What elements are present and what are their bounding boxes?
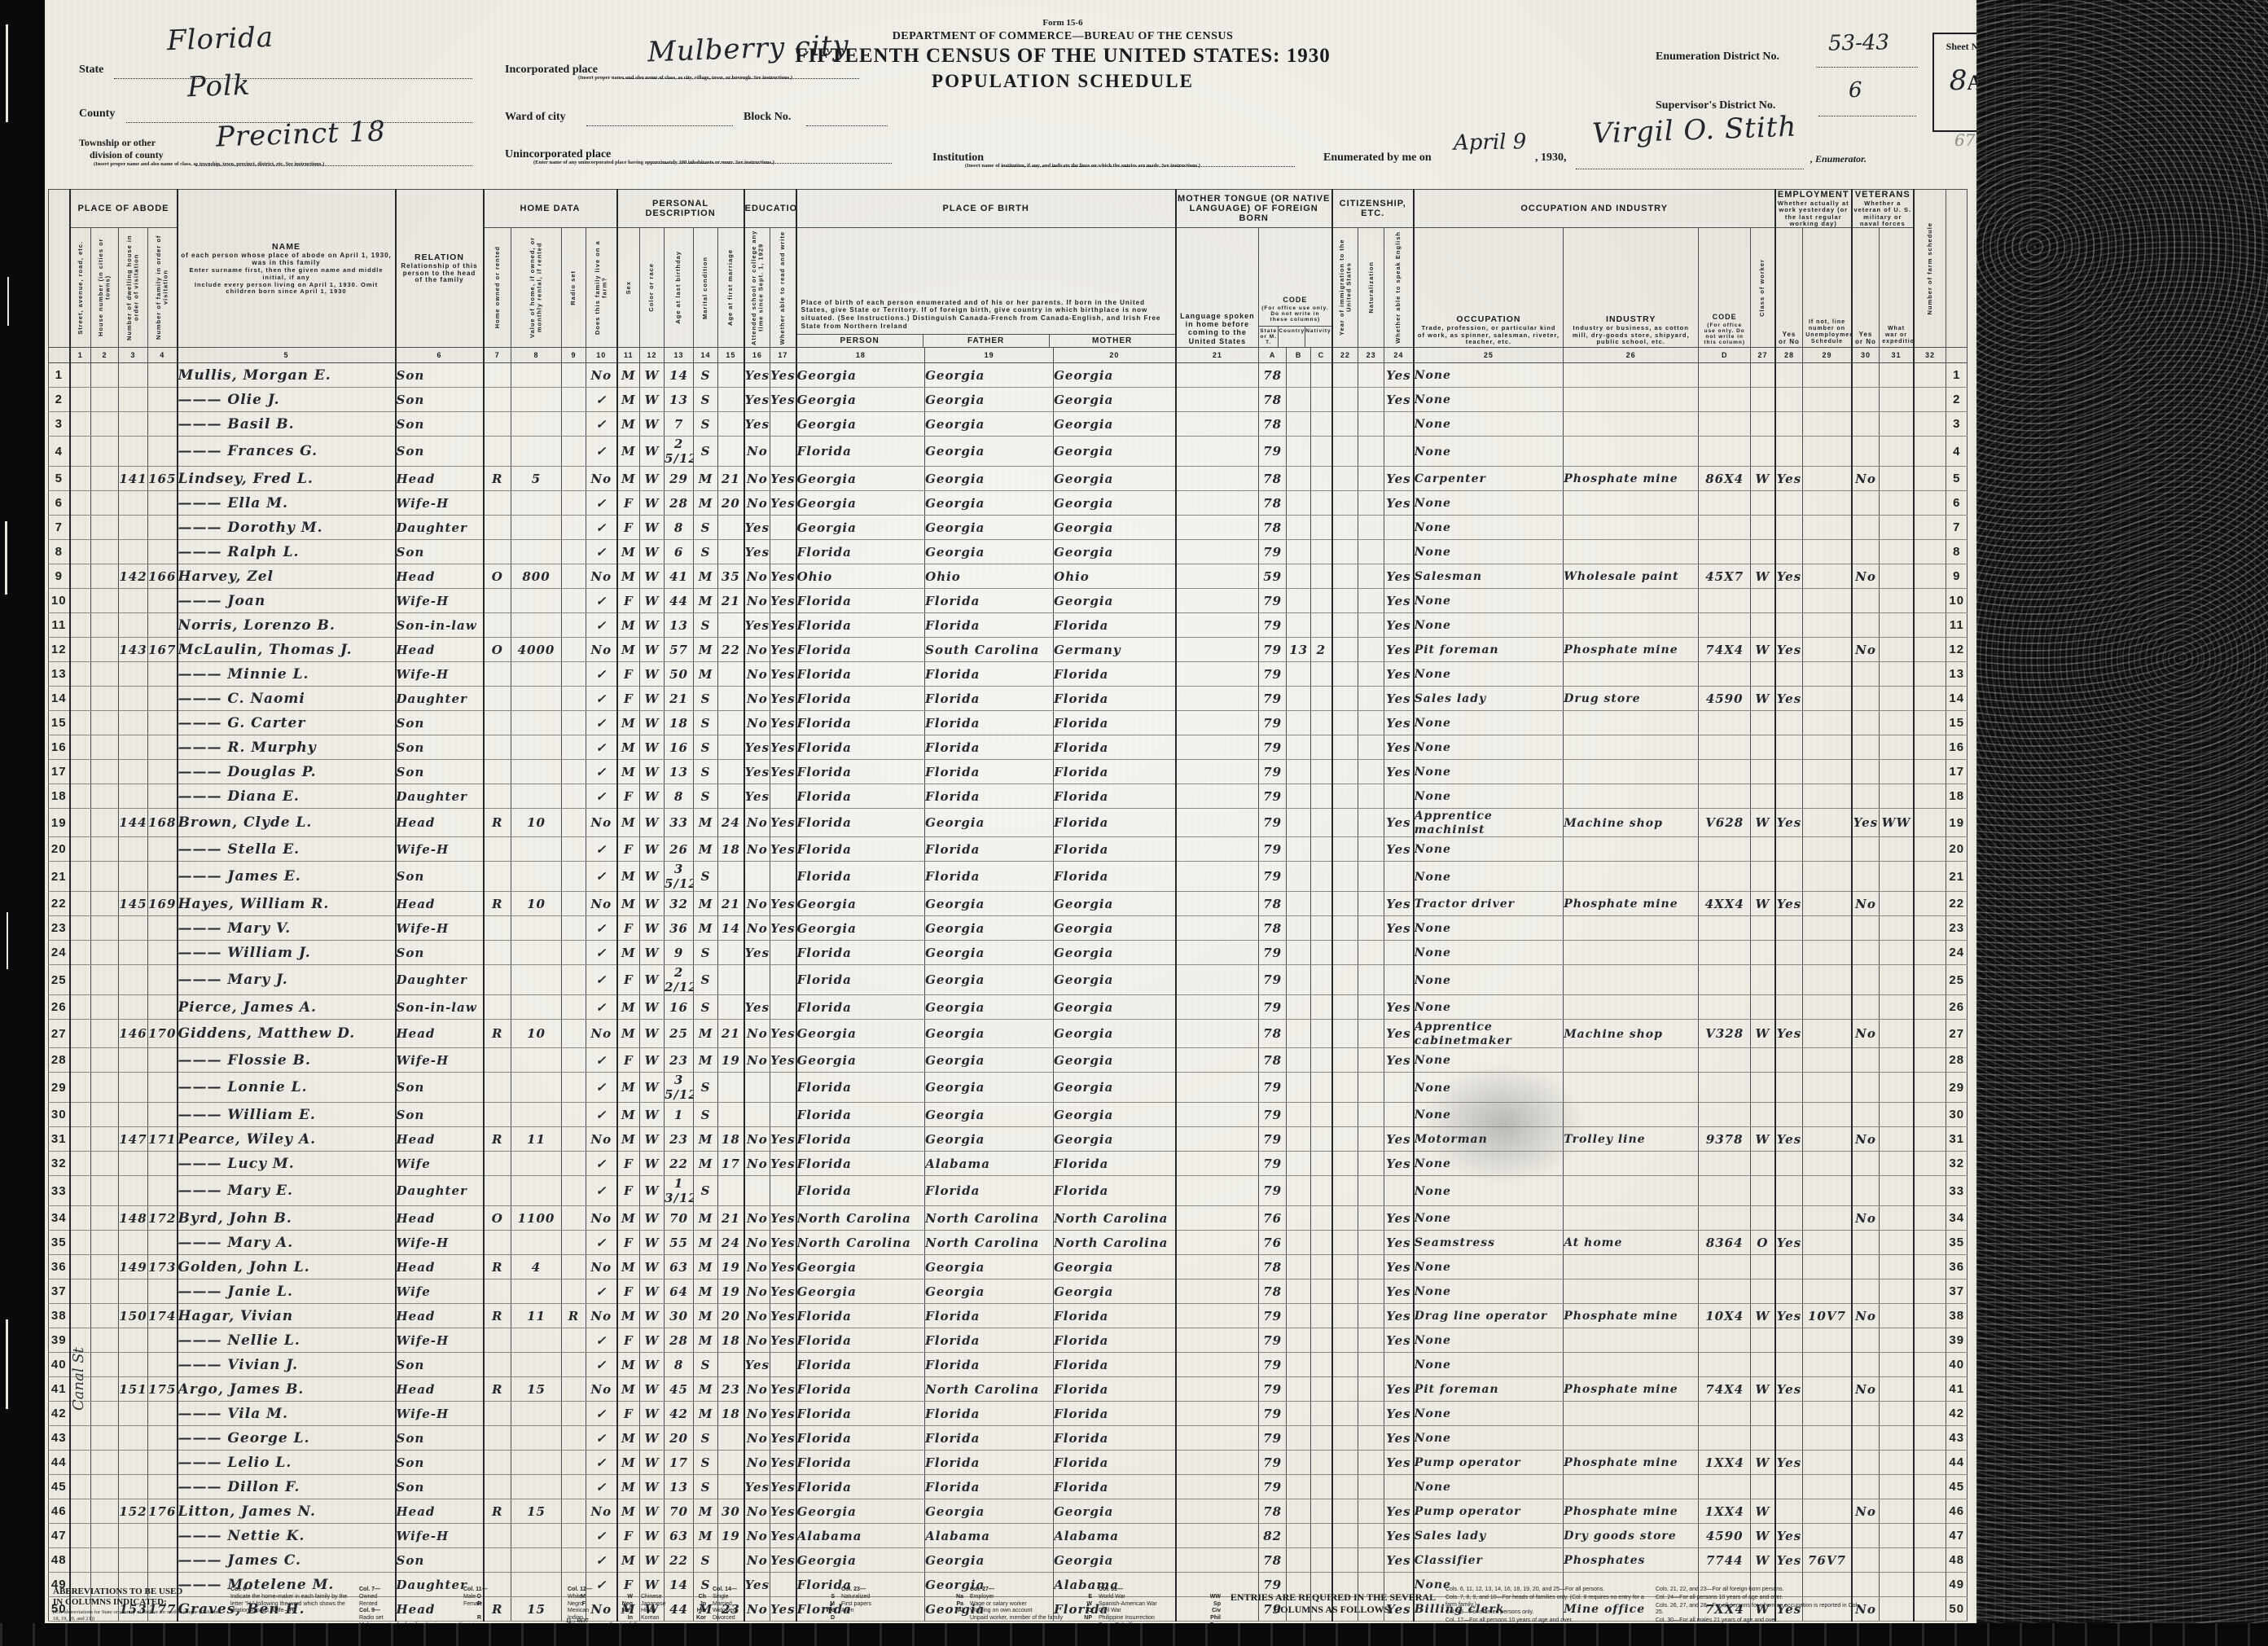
cell-occ: Carpenter [1414, 467, 1564, 491]
cell-bp: Georgia [796, 412, 925, 437]
township-note: (Insert proper name and also name of cla… [94, 161, 324, 167]
cell-radio [562, 1103, 586, 1127]
line-number: 46 [1946, 1499, 1968, 1524]
line-number: 15 [49, 711, 70, 735]
cell-lang [1176, 1231, 1259, 1255]
cell-age: 64 [665, 1279, 694, 1304]
line-number: 4 [49, 437, 70, 467]
cell-cls: W [1751, 1524, 1775, 1548]
cell-fm: 165 [148, 467, 178, 491]
line-number: 33 [1946, 1176, 1968, 1206]
cell-cls: W [1751, 1020, 1775, 1048]
cell-age: 8 [665, 516, 694, 540]
cell-ind [1564, 916, 1699, 941]
cell-street [70, 516, 91, 540]
col-number-32: 32 [1914, 348, 1946, 363]
cell-occ: None [1414, 540, 1564, 564]
cell-bp: Florida [796, 437, 925, 467]
cell-cd [1699, 388, 1751, 412]
cell-bf: Georgia [925, 941, 1054, 965]
cell-agm [718, 941, 744, 965]
cell-fm [148, 965, 178, 995]
cell-mar: M [694, 662, 718, 687]
cell-val [511, 516, 562, 540]
cell-v30 [1852, 491, 1880, 516]
table-row: 45——— Dillon F.Son✓MW13SYesYesFloridaFlo… [49, 1475, 1968, 1499]
cell-house [91, 1328, 119, 1353]
cell-e28 [1775, 1206, 1803, 1231]
cell-own [484, 1451, 511, 1475]
cell-v30 [1852, 613, 1880, 638]
cell-val: 800 [511, 564, 562, 589]
cell-bm: Florida [1054, 662, 1176, 687]
line-number: 19 [49, 809, 70, 837]
cell-own [484, 540, 511, 564]
cell-age: 22 [665, 1548, 694, 1573]
cell-bp: North Carolina [796, 1231, 925, 1255]
cell-cd [1699, 965, 1751, 995]
cell-cd [1699, 1073, 1751, 1103]
cell-own: R [484, 1377, 511, 1402]
cell-eng: Yes [1384, 1402, 1414, 1426]
cell-f32 [1914, 1255, 1946, 1279]
cell-occ: None [1414, 437, 1564, 467]
cell-cd [1699, 916, 1751, 941]
cell-agm: 20 [718, 491, 744, 516]
cell-ind [1564, 1426, 1699, 1451]
cell-rd: Yes [770, 1279, 796, 1304]
cell-lang [1176, 1020, 1259, 1048]
cell-occ: None [1414, 1152, 1564, 1176]
cell-cb [1287, 1103, 1311, 1127]
group-employment: EMPLOYMENTWhether actually at work yeste… [1775, 190, 1852, 228]
line-number: 45 [1946, 1475, 1968, 1499]
cell-dw: 142 [119, 564, 148, 589]
cell-v31 [1880, 1304, 1914, 1328]
cell-f32 [1914, 1451, 1946, 1475]
cell-sex: M [617, 1304, 640, 1328]
cell-farm: ✓ [586, 1451, 617, 1475]
cell-bm: Florida [1054, 1475, 1176, 1499]
cell-e29 [1803, 1524, 1852, 1548]
col-number-16: 16 [744, 348, 770, 363]
cell-sch: Yes [744, 388, 770, 412]
cell-age: 57 [665, 638, 694, 662]
table-row: 19144168Brown, Clyde L.HeadR10NoMW33M24N… [49, 809, 1968, 837]
cell-bf: Ohio [925, 564, 1054, 589]
cell-v31 [1880, 1377, 1914, 1402]
cell-f32 [1914, 1524, 1946, 1548]
cell-dw [119, 735, 148, 760]
cell-bm: Georgia [1054, 941, 1176, 965]
cell-mar: S [694, 1353, 718, 1377]
cell-e29 [1803, 662, 1852, 687]
cell-f32 [1914, 564, 1946, 589]
enumeration-district-label: Enumeration District No. [1656, 50, 1779, 64]
cell-val [511, 1048, 562, 1073]
cell-nat [1358, 638, 1384, 662]
col-number-31: 31 [1880, 348, 1914, 363]
cell-cc [1311, 995, 1332, 1020]
cell-v31 [1880, 837, 1914, 862]
cell-cls [1751, 1152, 1775, 1176]
cell-occ: Motorman [1414, 1127, 1564, 1152]
group-mother-tongue: MOTHER TONGUE (OR NATIVE LANGUAGE) OF FO… [1176, 190, 1332, 228]
cell-ind: Phosphate mine [1564, 1499, 1699, 1524]
cell-lang [1176, 1304, 1259, 1328]
cell-v30 [1852, 662, 1880, 687]
cell-nat [1358, 1377, 1384, 1402]
cell-street [70, 892, 91, 916]
cell-fm: 176 [148, 1499, 178, 1524]
cell-eng: Yes [1384, 363, 1414, 388]
cell-bp: Georgia [796, 467, 925, 491]
cell-eng: Yes [1384, 1499, 1414, 1524]
street-name-vertical: Canal St [66, 1244, 90, 1513]
film-edge-bottom [0, 1623, 2268, 1646]
cell-mar: S [694, 540, 718, 564]
cell-street [70, 1048, 91, 1073]
line-number: 5 [49, 467, 70, 491]
cell-e28: Yes [1775, 638, 1803, 662]
cell-rd [770, 995, 796, 1020]
line-number: 21 [1946, 862, 1968, 892]
cell-nat [1358, 1475, 1384, 1499]
col-number-25: 25 [1414, 348, 1564, 363]
cell-bf: Georgia [925, 809, 1054, 837]
cell-lang [1176, 1402, 1259, 1426]
cell-cb: 13 [1287, 638, 1311, 662]
cell-f32 [1914, 1475, 1946, 1499]
cell-v30 [1852, 1426, 1880, 1451]
cell-cd [1699, 662, 1751, 687]
cell-mar: M [694, 1231, 718, 1255]
cell-e29 [1803, 1176, 1852, 1206]
cell-v31 [1880, 1206, 1914, 1231]
cell-f32 [1914, 412, 1946, 437]
cell-val [511, 613, 562, 638]
table-row: 13——— Minnie L.Wife-H✓FW50MNoYesFloridaF… [49, 662, 1968, 687]
cell-own [484, 711, 511, 735]
cell-bm: Alabama [1054, 1524, 1176, 1548]
cell-house [91, 540, 119, 564]
cell-name: ——— Vila M. [178, 1402, 396, 1426]
cell-rel: Wife [396, 1279, 484, 1304]
enumerated-by-label: Enumerated by me on [1323, 151, 1432, 165]
cell-cb [1287, 613, 1311, 638]
cell-cc [1311, 662, 1332, 687]
cell-occ: Apprentice cabinetmaker [1414, 1020, 1564, 1048]
cell-occ: None [1414, 363, 1564, 388]
cell-agm [718, 1073, 744, 1103]
cell-age: 32 [665, 892, 694, 916]
cell-radio [562, 1152, 586, 1176]
cell-f32 [1914, 1206, 1946, 1231]
cell-rel: Head [396, 467, 484, 491]
cell-own [484, 995, 511, 1020]
cell-bm: Florida [1054, 837, 1176, 862]
cell-e29 [1803, 760, 1852, 784]
cell-col: W [640, 1231, 665, 1255]
cell-agm: 18 [718, 1402, 744, 1426]
cell-agm [718, 995, 744, 1020]
cell-name: ——— Diana E. [178, 784, 396, 809]
cell-ind [1564, 1475, 1699, 1499]
cell-col: W [640, 1103, 665, 1127]
cell-col: W [640, 589, 665, 613]
cell-cls [1751, 760, 1775, 784]
cell-occ: Apprentice machinist [1414, 809, 1564, 837]
cell-col: W [640, 862, 665, 892]
cell-occ: None [1414, 735, 1564, 760]
col-number-3: 3 [119, 348, 148, 363]
cell-dw [119, 687, 148, 711]
cell-bp: Florida [796, 589, 925, 613]
col-header-v31: What war or expedition? [1880, 228, 1914, 348]
table-row: 2——— Olie J.Son✓MW13SYesYesGeorgiaGeorgi… [49, 388, 1968, 412]
cell-rd [770, 1176, 796, 1206]
cell-fm: 169 [148, 892, 178, 916]
table-row: 37——— Janie L.Wife✓FW64M19NoYesGeorgiaGe… [49, 1279, 1968, 1304]
table-row: 47——— Nettie K.Wife-H✓FW63M19NoYesAlabam… [49, 1524, 1968, 1548]
cell-e29 [1803, 1475, 1852, 1499]
cell-ind [1564, 363, 1699, 388]
col-header-agm: Age at first marriage [718, 228, 744, 348]
cell-f32 [1914, 1426, 1946, 1451]
cell-age: 63 [665, 1255, 694, 1279]
cell-val [511, 1176, 562, 1206]
cell-house [91, 437, 119, 467]
cell-lang [1176, 1426, 1259, 1451]
cell-f32 [1914, 1020, 1946, 1048]
cell-rel: Wife-H [396, 1328, 484, 1353]
cell-farm: ✓ [586, 412, 617, 437]
cell-fm [148, 1451, 178, 1475]
enumeration-date: April 9 [1454, 129, 1527, 156]
cell-agm: 24 [718, 809, 744, 837]
cell-radio [562, 467, 586, 491]
cell-cb [1287, 995, 1311, 1020]
cell-lang [1176, 837, 1259, 862]
cell-ca: 79 [1259, 784, 1287, 809]
cell-e28 [1775, 1255, 1803, 1279]
cell-dw [119, 862, 148, 892]
cell-v30 [1852, 837, 1880, 862]
cell-e29 [1803, 995, 1852, 1020]
cell-cls [1751, 1206, 1775, 1231]
cell-val [511, 1402, 562, 1426]
cell-dw: 147 [119, 1127, 148, 1152]
cell-house [91, 809, 119, 837]
cell-v31 [1880, 1402, 1914, 1426]
cell-dw: 148 [119, 1206, 148, 1231]
cell-mar: M [694, 1377, 718, 1402]
cell-f32 [1914, 638, 1946, 662]
cell-sch: No [744, 564, 770, 589]
line-number: 22 [1946, 892, 1968, 916]
cell-ind [1564, 1353, 1699, 1377]
cell-nat [1358, 437, 1384, 467]
cell-eng [1384, 437, 1414, 467]
cell-v31 [1880, 760, 1914, 784]
cell-agm [718, 862, 744, 892]
cell-v30 [1852, 1048, 1880, 1073]
col-header-eng: Whether able to speak English [1384, 228, 1414, 348]
cell-val: 11 [511, 1127, 562, 1152]
cell-house [91, 491, 119, 516]
cell-e29 [1803, 564, 1852, 589]
cell-bp: Georgia [796, 491, 925, 516]
cell-cb [1287, 1548, 1311, 1573]
line-number: 20 [49, 837, 70, 862]
cell-house [91, 1377, 119, 1402]
cell-own: R [484, 809, 511, 837]
cell-cd [1699, 1176, 1751, 1206]
cell-cb [1287, 1499, 1311, 1524]
cell-bm: Florida [1054, 735, 1176, 760]
cell-eng: Yes [1384, 662, 1414, 687]
cell-ca: 76 [1259, 1231, 1287, 1255]
cell-cd [1699, 589, 1751, 613]
cell-lang [1176, 363, 1259, 388]
cell-nat [1358, 1152, 1384, 1176]
cell-sex: M [617, 1255, 640, 1279]
cell-fm [148, 1048, 178, 1073]
cell-v31 [1880, 711, 1914, 735]
cell-bf: Florida [925, 687, 1054, 711]
cell-f32 [1914, 809, 1946, 837]
cell-bm: Georgia [1054, 892, 1176, 916]
cell-sch: No [744, 1255, 770, 1279]
cell-e29 [1803, 862, 1852, 892]
cell-name: ——— Douglas P. [178, 760, 396, 784]
cell-col: W [640, 363, 665, 388]
cell-bm: Florida [1054, 711, 1176, 735]
cell-sch: No [744, 638, 770, 662]
table-row: 21——— James E.Son✓MW3 5/12SFloridaFlorid… [49, 862, 1968, 892]
cell-name: Norris, Lorenzo B. [178, 613, 396, 638]
cell-bf: Alabama [925, 1524, 1054, 1548]
cell-col: W [640, 995, 665, 1020]
cell-house [91, 1279, 119, 1304]
cell-cb [1287, 965, 1311, 995]
supervisors-district-value: 6 [1849, 78, 1862, 103]
block-label: Block No. [744, 111, 791, 124]
cell-rd: Yes [770, 1127, 796, 1152]
cell-e28 [1775, 540, 1803, 564]
cell-age: 36 [665, 916, 694, 941]
cell-imm [1332, 837, 1358, 862]
cell-eng [1384, 516, 1414, 540]
cell-radio [562, 388, 586, 412]
cell-bp: Ohio [796, 564, 925, 589]
cell-e29 [1803, 1451, 1852, 1475]
cell-own [484, 1548, 511, 1573]
cell-occ: None [1414, 784, 1564, 809]
cell-imm [1332, 412, 1358, 437]
cell-f32 [1914, 1402, 1946, 1426]
cell-agm [718, 1451, 744, 1475]
line-number: 28 [49, 1048, 70, 1073]
cell-agm [718, 412, 744, 437]
cell-cd: 4590 [1699, 1524, 1751, 1548]
cell-bf: North Carolina [925, 1377, 1054, 1402]
cell-occ: None [1414, 941, 1564, 965]
cell-sch: Yes [744, 613, 770, 638]
cell-rel: Head [396, 564, 484, 589]
cell-e28 [1775, 613, 1803, 638]
cell-age: 7 [665, 412, 694, 437]
cell-sch: No [744, 1524, 770, 1548]
cell-rel: Son [396, 1103, 484, 1127]
cell-house [91, 1548, 119, 1573]
cell-mar: S [694, 965, 718, 995]
cell-bf: Georgia [925, 965, 1054, 995]
cell-v31 [1880, 1451, 1914, 1475]
cell-cd [1699, 862, 1751, 892]
cell-farm: ✓ [586, 837, 617, 862]
cell-age: 8 [665, 784, 694, 809]
cell-cb [1287, 1127, 1311, 1152]
cell-eng: Yes [1384, 916, 1414, 941]
cell-nat [1358, 1451, 1384, 1475]
entries-right: Cols. 21, 22, and 23—For all foreign-bor… [1656, 1587, 1859, 1621]
cell-age: 16 [665, 735, 694, 760]
cell-e28 [1775, 1499, 1803, 1524]
cell-house [91, 687, 119, 711]
cell-radio [562, 760, 586, 784]
cell-ind: Phosphate mine [1564, 467, 1699, 491]
cell-v30 [1852, 540, 1880, 564]
cell-rel: Head [396, 1255, 484, 1279]
cell-imm [1332, 491, 1358, 516]
cell-cc [1311, 1206, 1332, 1231]
cell-cb [1287, 1279, 1311, 1304]
cell-street [70, 564, 91, 589]
table-row: 31147171Pearce, Wiley A.HeadR11NoMW23M18… [49, 1127, 1968, 1152]
cell-lang [1176, 564, 1259, 589]
cell-fm [148, 735, 178, 760]
cell-occ: Sales lady [1414, 1524, 1564, 1548]
cell-lang [1176, 711, 1259, 735]
cell-sex: M [617, 540, 640, 564]
cell-sch: No [744, 467, 770, 491]
cell-bf: Georgia [925, 412, 1054, 437]
cell-bm: Georgia [1054, 1499, 1176, 1524]
cell-col: W [640, 1127, 665, 1152]
cell-age: 33 [665, 809, 694, 837]
cell-eng: Yes [1384, 995, 1414, 1020]
cell-agm [718, 1103, 744, 1127]
cell-bm: Florida [1054, 784, 1176, 809]
cell-occ: None [1414, 412, 1564, 437]
cell-cd [1699, 1206, 1751, 1231]
cell-imm [1332, 1103, 1358, 1127]
cell-name: Pierce, James A. [178, 995, 396, 1020]
cell-ind: Phosphate mine [1564, 892, 1699, 916]
cell-cc [1311, 1127, 1332, 1152]
cell-val [511, 941, 562, 965]
cell-e28: Yes [1775, 892, 1803, 916]
cell-bf: Florida [925, 1176, 1054, 1206]
cell-col: W [640, 412, 665, 437]
table-row: 18——— Diana E.Daughter✓FW8SYesFloridaFlo… [49, 784, 1968, 809]
cell-cd [1699, 1328, 1751, 1353]
cell-val: 10 [511, 809, 562, 837]
cell-radio [562, 1073, 586, 1103]
cell-f32 [1914, 760, 1946, 784]
table-row: 11Norris, Lorenzo B.Son-in-law✓MW13SYesY… [49, 613, 1968, 638]
